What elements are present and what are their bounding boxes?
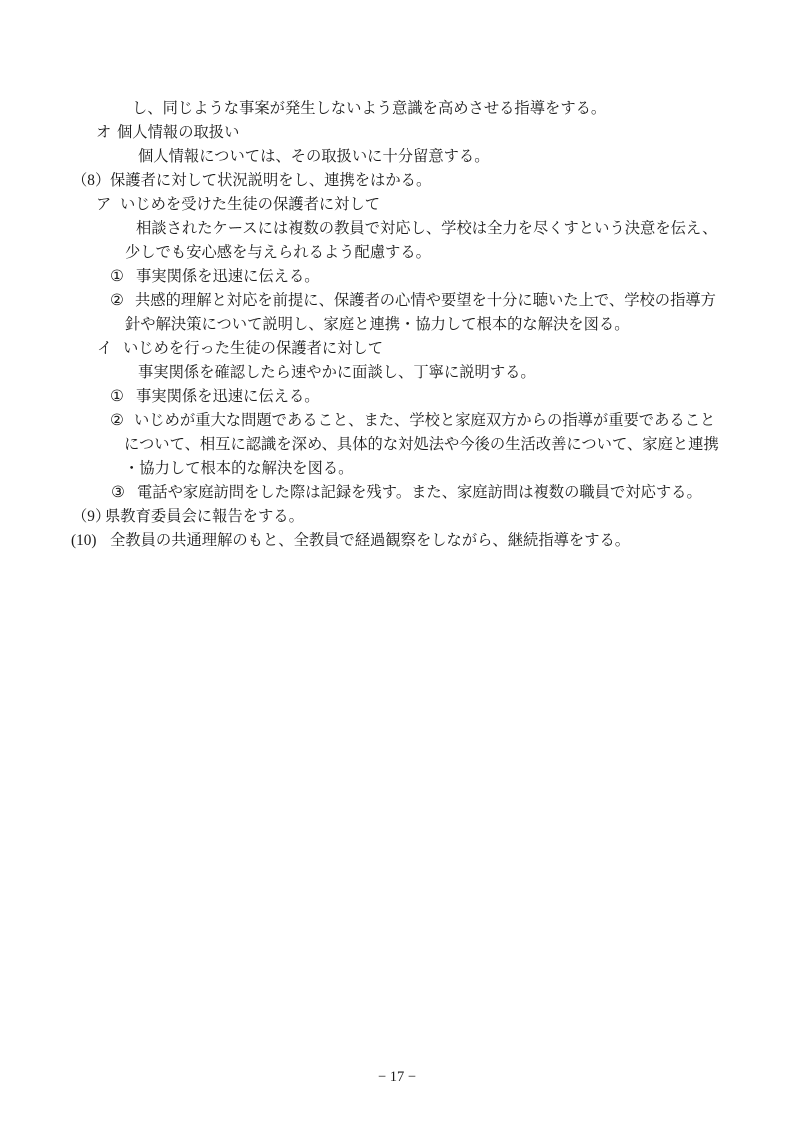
line-text: 相談されたケースには複数の教員で対応し、学校は全力を尽くすという決意を伝え、 [136, 220, 717, 237]
text-line: ②いじめが重大な問題であること、また、学校と家庭双方からの指導が重要であること [0, 409, 794, 433]
line-text: いじめを行った生徒の保護者に対して [123, 340, 383, 357]
text-line: ①事実関係を迅速に伝える。 [0, 385, 794, 409]
line-label: ② [110, 409, 134, 433]
line-text: 共感的理解と対応を前提に、保護者の心情や要望を十分に聴いた上で、学校の指導方 [135, 292, 716, 309]
line-label: オ [96, 121, 117, 145]
text-line: し、同じような事案が発生しないよう意識を高めさせる指導をする。 [0, 97, 794, 121]
line-text: 全教員の共通理解のもと、全教員で経過観察をしながら、継続指導をする。 [110, 532, 630, 549]
text-line: オ個人情報の取扱い [0, 121, 794, 145]
line-text: 事実関係を迅速に伝える。 [136, 268, 320, 285]
line-text: 県教育委員会に報告をする。 [105, 508, 304, 525]
line-label: ② [110, 289, 135, 313]
line-text: 少しでも安心感を与えられるよう配慮する。 [125, 244, 431, 261]
line-text: 個人情報については、その取扱いに十分留意する。 [138, 148, 490, 165]
text-line: (10)全教員の共通理解のもと、全教員で経過観察をしながら、継続指導をする。 [0, 529, 794, 553]
line-text: 個人情報の取扱い [117, 124, 239, 141]
text-line: ・協力して根本的な解決を図る。 [0, 457, 794, 481]
line-label: ① [110, 385, 136, 409]
line-label: ① [110, 265, 136, 289]
text-line: について、相互に認識を深め、具体的な対処法や今後の生活改善について、家庭と連携 [0, 433, 794, 457]
text-line: 針や解決策について説明し、家庭と連携・協力して根本的な解決を図る。 [0, 313, 794, 337]
text-line: ①事実関係を迅速に伝える。 [0, 265, 794, 289]
line-text: いじめを受けた生徒の保護者に対して [120, 196, 380, 213]
text-line: （9）県教育委員会に報告をする。 [0, 505, 794, 529]
line-text: ・協力して根本的な解決を図る。 [124, 460, 353, 477]
text-line: （8）保護者に対して状況説明をし、連携をはかる。 [0, 169, 794, 193]
line-text: について、相互に認識を深め、具体的な対処法や今後の生活改善について、家庭と連携 [124, 436, 719, 453]
line-label: ア [96, 193, 120, 217]
text-line: 事実関係を確認したら速やかに面談し、丁寧に説明する。 [0, 361, 794, 385]
line-label: （9） [72, 505, 105, 529]
line-text: 電話や家庭訪問をした際は記録を残す。また、家庭訪問は複数の職員で対応する。 [137, 484, 702, 501]
page-number: − 17 − [0, 1068, 794, 1086]
document-page: し、同じような事案が発生しないよう意識を高めさせる指導をする。オ個人情報の取扱い… [0, 0, 794, 1123]
line-text: 事実関係を迅速に伝える。 [136, 388, 320, 405]
text-line: 少しでも安心感を与えられるよう配慮する。 [0, 241, 794, 265]
line-label: （8） [72, 169, 110, 193]
line-label: (10) [71, 529, 110, 553]
line-text: いじめが重大な問題であること、また、学校と家庭双方からの指導が重要であること [134, 412, 715, 429]
document-lines: し、同じような事案が発生しないよう意識を高めさせる指導をする。オ個人情報の取扱い… [0, 97, 794, 553]
text-line: アいじめを受けた生徒の保護者に対して [0, 193, 794, 217]
line-text: 保護者に対して状況説明をし、連携をはかる。 [110, 172, 431, 189]
line-label: イ [97, 337, 123, 361]
text-line: 相談されたケースには複数の教員で対応し、学校は全力を尽くすという決意を伝え、 [0, 217, 794, 241]
line-label: ③ [111, 481, 137, 505]
text-line: 個人情報については、その取扱いに十分留意する。 [0, 145, 794, 169]
line-text: 事実関係を確認したら速やかに面談し、丁寧に説明する。 [138, 364, 536, 381]
line-text: 針や解決策について説明し、家庭と連携・協力して根本的な解決を図る。 [125, 316, 630, 333]
line-text: し、同じような事案が発生しないよう意識を高めさせる指導をする。 [132, 100, 606, 117]
text-line: ②共感的理解と対応を前提に、保護者の心情や要望を十分に聴いた上で、学校の指導方 [0, 289, 794, 313]
text-line: イいじめを行った生徒の保護者に対して [0, 337, 794, 361]
text-line: ③電話や家庭訪問をした際は記録を残す。また、家庭訪問は複数の職員で対応する。 [0, 481, 794, 505]
